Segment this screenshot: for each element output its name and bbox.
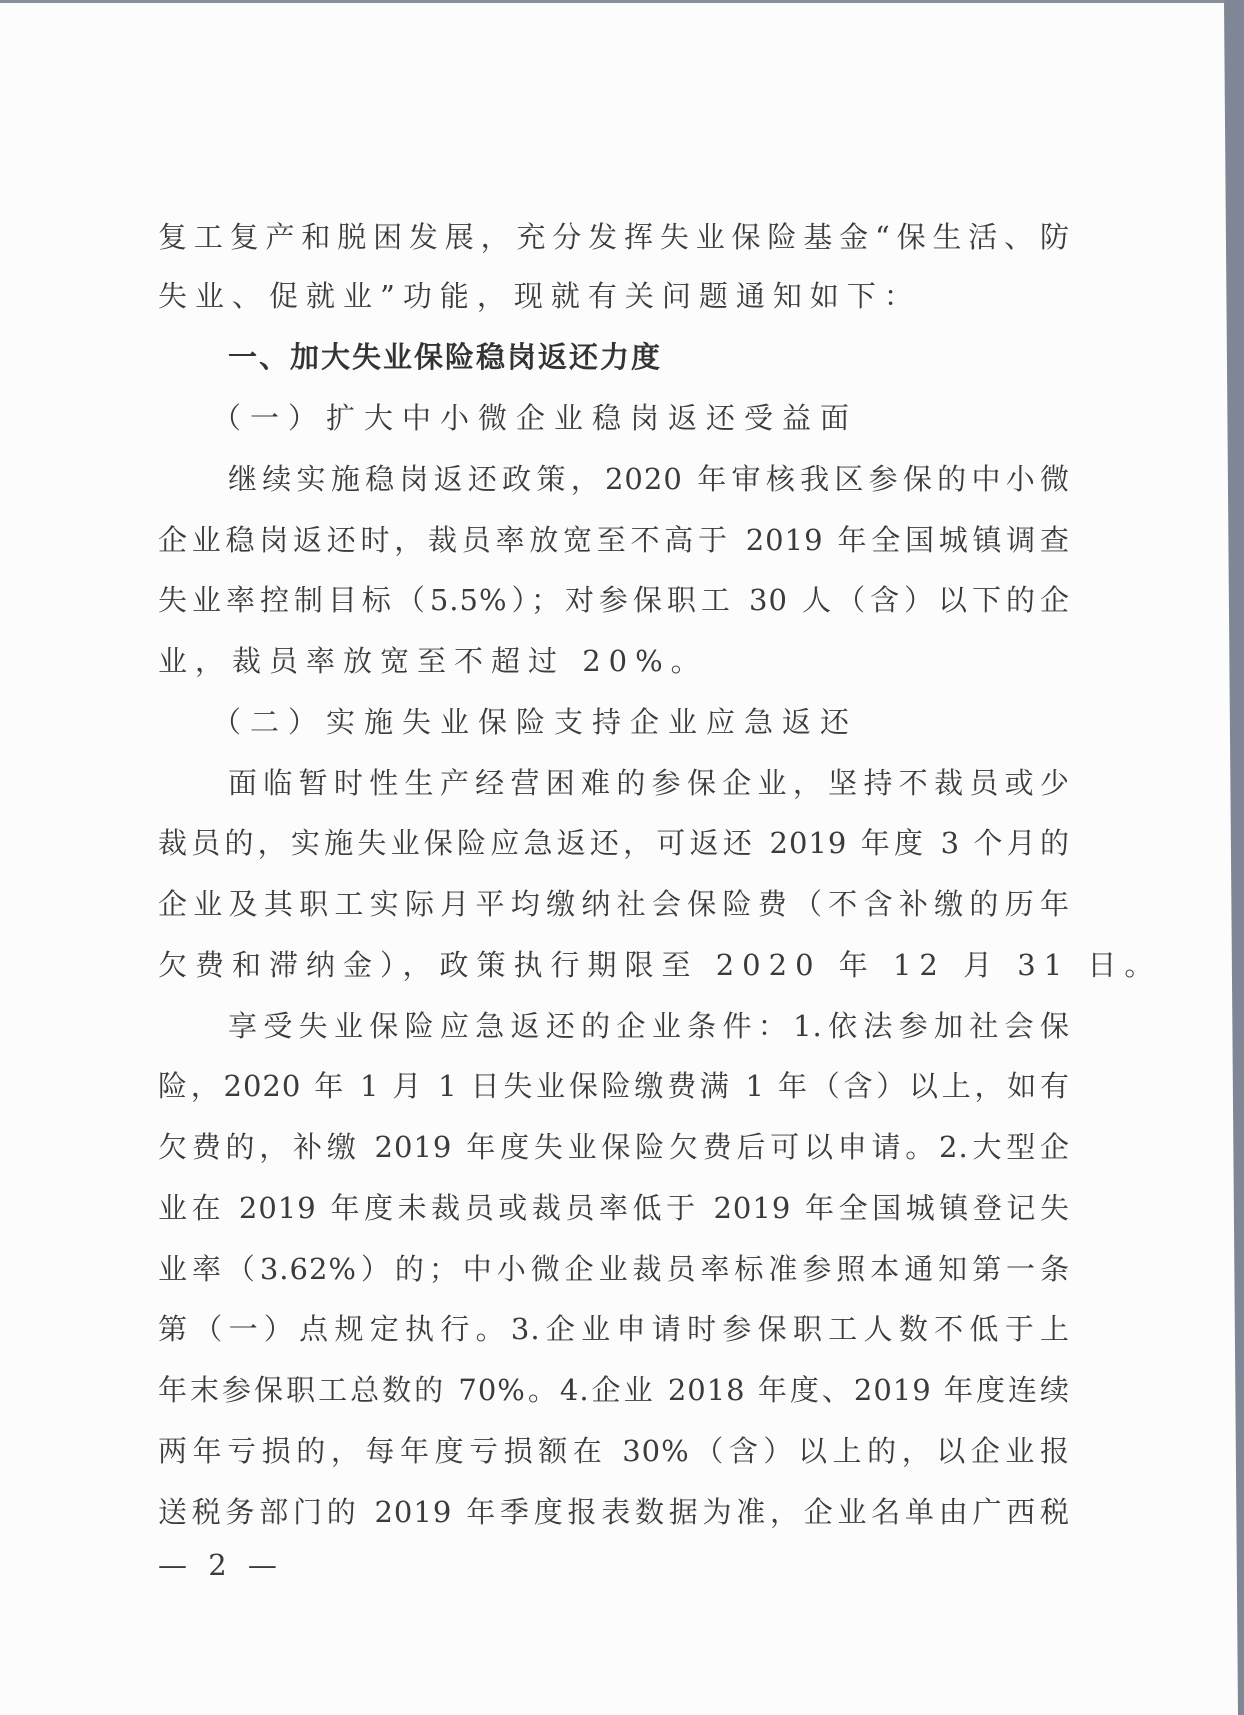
body-line: 业，裁员率放宽至不超过 20%。 — [158, 641, 1070, 681]
body-line: 业率（3.62%）的；中小微企业裁员率标准参照本通知第一条 — [158, 1249, 1070, 1289]
body-line: 企业及其职工实际月平均缴纳社会保险费（不含补缴的历年 — [158, 884, 1070, 924]
page-number: — 2 — — [158, 1547, 283, 1583]
scan-right-edge — [1224, 0, 1244, 1715]
paragraph-first-line: 享受失业保险应急返还的企业条件：1.依法参加社会保 — [228, 1006, 1070, 1046]
body-line: 裁员的，实施失业保险应急返还，可返还 2019 年度 3 个月的 — [158, 823, 1070, 863]
body-line: 失业率控制目标（5.5%）；对参保职工 30 人（含）以下的企 — [158, 580, 1070, 620]
document-page: 复工复产和脱困发展，充分发挥失业保险基金“保生活、防 失业、促就业”功能，现就有… — [0, 0, 1224, 1715]
paragraph-first-line: 面临暂时性生产经营困难的参保企业，坚持不裁员或少 — [228, 763, 1070, 803]
body-line: 两年亏损的，每年度亏损额在 30%（含）以上的，以企业报 — [158, 1431, 1070, 1471]
paragraph-first-line: 继续实施稳岗返还政策，2020 年审核我区参保的中小微 — [228, 459, 1070, 499]
subsection-heading: （一）扩大中小微企业稳岗返还受益面 — [212, 398, 858, 438]
body-line: 险，2020 年 1 月 1 日失业保险缴费满 1 年（含）以上，如有 — [158, 1066, 1070, 1106]
body-line: 企业稳岗返还时，裁员率放宽至不高于 2019 年全国城镇调查 — [158, 520, 1070, 560]
body-line: 欠费的，补缴 2019 年度失业保险欠费后可以申请。2.大型企 — [158, 1127, 1070, 1167]
body-line: 复工复产和脱困发展，充分发挥失业保险基金“保生活、防 — [158, 217, 1070, 257]
body-line: 第（一）点规定执行。3.企业申请时参保职工人数不低于上 — [158, 1309, 1070, 1349]
body-line: 欠费和滞纳金），政策执行期限至 2020 年 12 月 31 日。 — [158, 945, 1070, 985]
section-heading: 一、加大失业保险稳岗返还力度 — [228, 337, 662, 377]
body-line: 年末参保职工总数的 70%。4.企业 2018 年度、2019 年度连续 — [158, 1370, 1070, 1410]
body-line: 失业、促就业”功能，现就有关问题通知如下： — [158, 276, 1070, 316]
subsection-heading: （二）实施失业保险支持企业应急返还 — [212, 702, 858, 742]
body-line: 业在 2019 年度未裁员或裁员率低于 2019 年全国城镇登记失 — [158, 1188, 1070, 1228]
body-line: 送税务部门的 2019 年季度报表数据为准，企业名单由广西税 — [158, 1492, 1070, 1532]
